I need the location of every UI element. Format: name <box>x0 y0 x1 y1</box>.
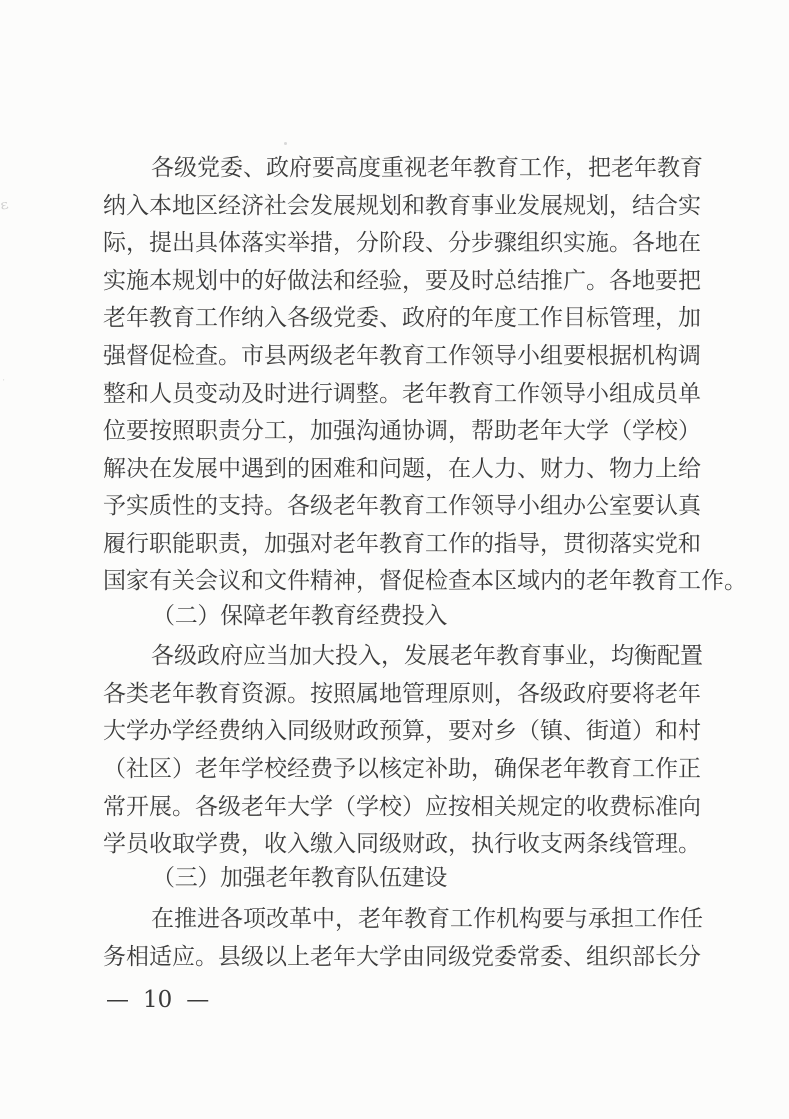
text-line: 国家有关会议和文件精神，督促检查本区域内的老年教育工作。 <box>103 560 692 598</box>
page-number: 10 <box>143 987 172 1013</box>
page-footer: — 10 — <box>106 987 209 1013</box>
section-heading: （二）保障老年教育经费投入 <box>103 598 692 636</box>
text-line: 学员收取学费，收入缴入同级财政，执行收支两条线管理。 <box>103 823 692 861</box>
text-line: 常开展。各级老年大学（学校）应按相关规定的收费标准向 <box>103 785 692 823</box>
text-line: 解决在发展中遇到的困难和问题，在人力、财力、物力上给 <box>103 447 692 485</box>
text-line: 在推进各项改革中，老年教育工作机构要与承担工作任 <box>103 898 692 936</box>
document-page: 各级党委、政府要高度重视老年教育工作，把老年教育纳入本地区经济社会发展规划和教育… <box>0 0 789 1119</box>
text-line: 位要按照职责分工，加强沟通协调，帮助老年大学（学校） <box>103 410 692 448</box>
scan-artifact: ε <box>0 197 10 213</box>
scan-artifact: · <box>1 376 5 386</box>
text-line: （社区）老年学校经费予以核定补助，确保老年教育工作正 <box>103 748 692 786</box>
text-line: 实施本规划中的好做法和经验，要及时总结推广。各地要把 <box>103 260 692 298</box>
text-line: 各级党委、政府要高度重视老年教育工作，把老年教育 <box>103 147 692 185</box>
section-heading: （三）加强老年教育队伍建设 <box>103 860 692 898</box>
footer-dash-right: — <box>186 987 209 1013</box>
text-line: 老年教育工作纳入各级党委、政府的年度工作目标管理，加 <box>103 297 692 335</box>
document-body-text: 各级党委、政府要高度重视老年教育工作，把老年教育纳入本地区经济社会发展规划和教育… <box>103 147 692 973</box>
text-line: 际，提出具体落实举措，分阶段、分步骤组织实施。各地在 <box>103 222 692 260</box>
scan-artifact <box>284 142 287 145</box>
text-line: 整和人员变动及时进行调整。老年教育工作领导小组成员单 <box>103 372 692 410</box>
text-line: 纳入本地区经济社会发展规划和教育事业发展规划，结合实 <box>103 185 692 223</box>
text-line: 大学办学经费纳入同级财政预算，要对乡（镇、街道）和村 <box>103 710 692 748</box>
text-line: 各级政府应当加大投入，发展老年教育事业，均衡配置 <box>103 635 692 673</box>
text-line: 予实质性的支持。各级老年教育工作领导小组办公室要认真 <box>103 485 692 523</box>
footer-dash-left: — <box>106 987 129 1013</box>
text-line: 强督促检查。市县两级老年教育工作领导小组要根据机构调 <box>103 335 692 373</box>
text-line: 各类老年教育资源。按照属地管理原则，各级政府要将老年 <box>103 673 692 711</box>
text-line: 务相适应。县级以上老年大学由同级党委常委、组织部长分 <box>103 935 692 973</box>
text-line: 履行职能职责，加强对老年教育工作的指导，贯彻落实党和 <box>103 522 692 560</box>
